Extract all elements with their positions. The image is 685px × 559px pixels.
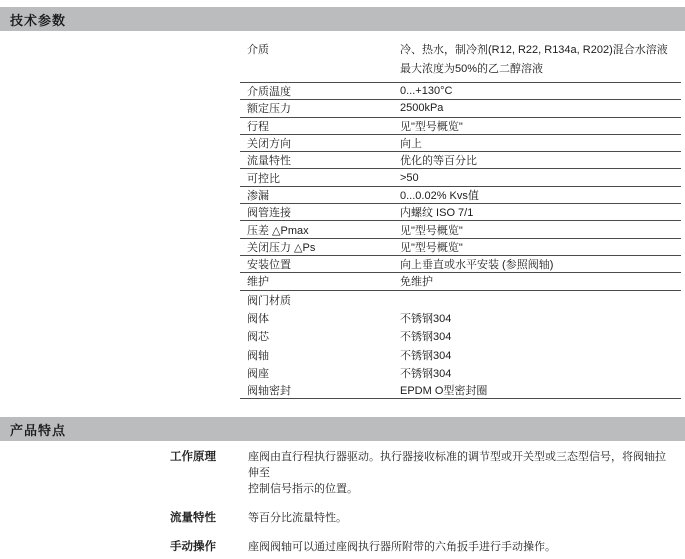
- row-value: 见"型号概览": [400, 222, 681, 238]
- table-row-closing-pressure: 关闭压力 △Ps 见"型号概览": [240, 239, 681, 256]
- row-label: 关闭方向: [240, 135, 400, 151]
- row-label: 阀轴密封: [240, 382, 400, 398]
- table-row-rated-pressure: 额定压力 2500kPa: [240, 100, 681, 117]
- tech-section-header: 技术参数: [0, 7, 685, 31]
- table-row-pipe-connection: 阀管连接 内螺纹 ISO 7/1: [240, 204, 681, 221]
- table-row-valve-body: 阀体 不锈钢304: [240, 309, 681, 327]
- features-section-header: 产品特点: [0, 417, 685, 441]
- feature-text: 座阀阀轴可以通过座阀执行器所附带的六角扳手进行手动操作。: [248, 539, 672, 555]
- feature-label: 工作原理: [170, 449, 248, 465]
- feature-item-working-principle: 工作原理 座阀由直行程执行器驱动。执行器接收标准的调节型或开关型或三态型信号，将…: [170, 449, 672, 497]
- row-label: 压差 △Pmax: [240, 222, 400, 238]
- row-value: 不锈钢304: [400, 310, 681, 326]
- row-label: 阀门材质: [240, 292, 400, 308]
- datasheet-page: 技术参数 介质 冷、热水，制冷剂(R12, R22, R134a, R202)混…: [0, 0, 685, 559]
- table-row-maintenance: 维护 免维护: [240, 273, 681, 290]
- features-list: 工作原理 座阀由直行程执行器驱动。执行器接收标准的调节型或开关型或三态型信号，将…: [170, 449, 672, 555]
- row-value: 不锈钢304: [400, 365, 681, 381]
- feature-text: 等百分比流量特性。: [248, 510, 672, 526]
- feature-item-manual-operation: 手动操作 座阀阀轴可以通过座阀执行器所附带的六角扳手进行手动操作。: [170, 539, 672, 555]
- row-value: 优化的等百分比: [400, 152, 681, 168]
- table-subheader-valve-material: 阀门材质: [240, 291, 681, 309]
- row-label: 阀轴: [240, 347, 400, 363]
- table-row-leakage: 渗漏 0...0.02% Kvs值: [240, 187, 681, 204]
- row-value: 内螺纹 ISO 7/1: [400, 204, 681, 220]
- row-value: 免维护: [400, 273, 681, 289]
- row-label: 渗漏: [240, 187, 400, 203]
- row-value: 见"型号概览": [400, 239, 681, 255]
- feature-label: 流量特性: [170, 510, 248, 526]
- table-row-stem-seal: 阀轴密封 EPDM O型密封圈: [240, 382, 681, 399]
- table-row-medium-temperature: 介质温度 0...+130°C: [240, 83, 681, 100]
- row-value: 不锈钢304: [400, 328, 681, 344]
- row-value: 见"型号概览": [400, 118, 681, 134]
- table-row-valve-stem: 阀轴 不锈钢304: [240, 345, 681, 363]
- table-row-medium: 介质 冷、热水，制冷剂(R12, R22, R134a, R202)混合水溶液 …: [240, 38, 681, 83]
- row-label: 阀体: [240, 310, 400, 326]
- table-row-pressure-differential: 压差 △Pmax 见"型号概览": [240, 221, 681, 238]
- row-label: 流量特性: [240, 152, 400, 168]
- row-value: 冷、热水，制冷剂(R12, R22, R134a, R202)混合水溶液 最大浓…: [400, 41, 681, 78]
- row-label: 关闭压力 △Ps: [240, 239, 400, 255]
- row-label: 阀管连接: [240, 204, 400, 220]
- row-label: 阀座: [240, 365, 400, 381]
- row-value: 向上: [400, 135, 681, 151]
- row-value: 0...+130°C: [400, 85, 681, 97]
- table-row-flow-characteristic: 流量特性 优化的等百分比: [240, 152, 681, 169]
- row-label: 安装位置: [240, 256, 400, 272]
- table-row-mounting-position: 安装位置 向上垂直或水平安装 (参照阀轴): [240, 256, 681, 273]
- table-row-stroke: 行程 见"型号概览": [240, 118, 681, 135]
- row-value: 不锈钢304: [400, 347, 681, 363]
- features-section-title: 产品特点: [10, 420, 66, 439]
- table-row-valve-plug: 阀芯 不锈钢304: [240, 327, 681, 345]
- feature-text: 座阀由直行程执行器驱动。执行器接收标准的调节型或开关型或三态型信号，将阀轴拉伸至…: [248, 449, 672, 497]
- row-label: 介质: [240, 41, 400, 60]
- table-row-valve-seat: 阀座 不锈钢304: [240, 364, 681, 382]
- tech-parameters-table: 介质 冷、热水，制冷剂(R12, R22, R134a, R202)混合水溶液 …: [240, 38, 681, 399]
- row-label: 可控比: [240, 170, 400, 186]
- row-label: 行程: [240, 118, 400, 134]
- row-value: >50: [400, 172, 681, 184]
- row-label: 额定压力: [240, 100, 400, 116]
- row-label: 介质温度: [240, 83, 400, 99]
- feature-item-flow-characteristic: 流量特性 等百分比流量特性。: [170, 510, 672, 526]
- feature-label: 手动操作: [170, 539, 248, 555]
- row-value: 2500kPa: [400, 102, 681, 114]
- row-label: 阀芯: [240, 328, 400, 344]
- row-value: EPDM O型密封圈: [400, 382, 681, 398]
- row-value: 向上垂直或水平安装 (参照阀轴): [400, 256, 681, 272]
- table-row-closing-direction: 关闭方向 向上: [240, 135, 681, 152]
- row-value: 0...0.02% Kvs值: [400, 187, 681, 203]
- table-row-rangeability: 可控比 >50: [240, 169, 681, 186]
- row-label: 维护: [240, 273, 400, 289]
- tech-section-title: 技术参数: [10, 10, 66, 29]
